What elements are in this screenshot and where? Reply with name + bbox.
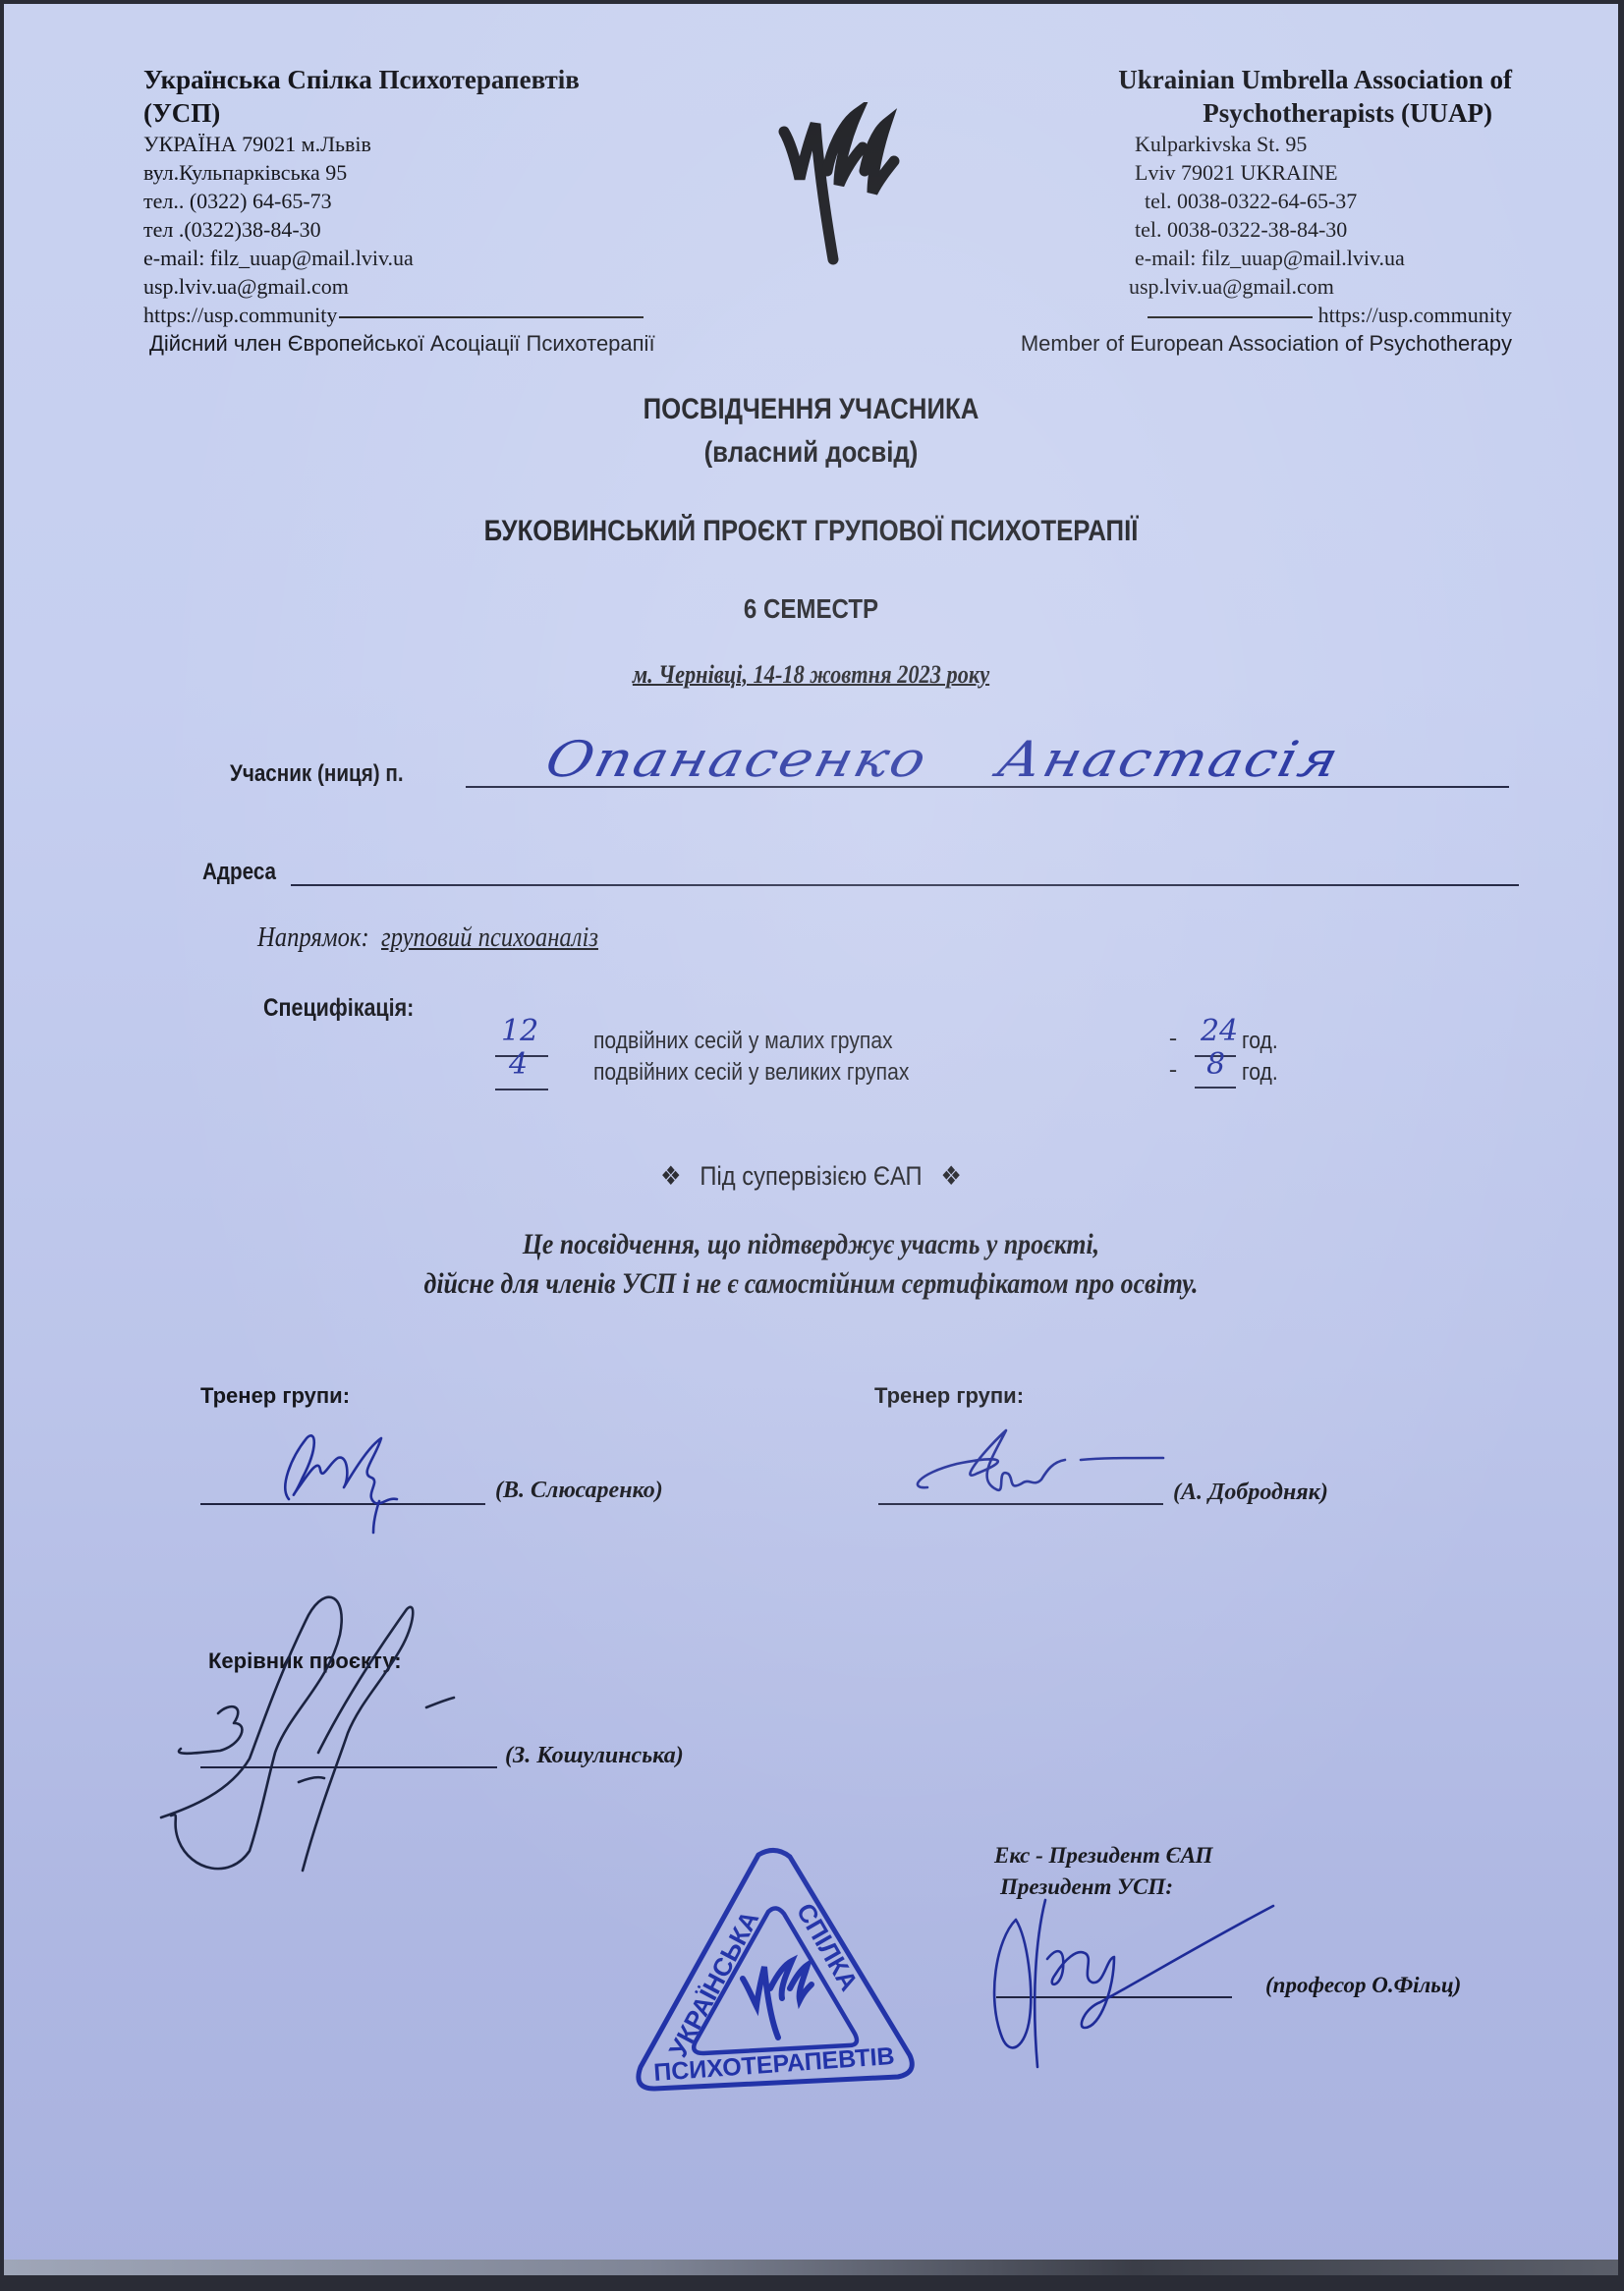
president-signature-icon <box>986 1880 1291 2077</box>
spec-count: 12 <box>501 1014 538 1048</box>
document-title: ПОСВІДЧЕННЯ УЧАСНИКА <box>117 393 1505 426</box>
email-2-en: usp.lviv.ua@gmail.com <box>1129 272 1512 301</box>
ornament-icon: ❖ <box>941 1161 962 1191</box>
spec-hours: 24 <box>1201 1014 1238 1048</box>
address-line-1: УКРАЇНА 79021 м.Львів <box>143 130 655 158</box>
email-2: usp.lviv.ua@gmail.com <box>143 272 655 301</box>
address-label: Адреса <box>202 859 276 886</box>
participant-label: Учасник (ниця) п. <box>230 760 404 788</box>
org-abbr-en: Psychotherapists (UUAP) <box>923 96 1492 130</box>
trainer-1-label: Тренер групи: <box>200 1383 350 1409</box>
project-lead-name: (З. Кошулинська) <box>505 1743 684 1769</box>
participant-surname: Опанасенко <box>540 731 934 788</box>
organization-stamp-icon: УКРАЇНСЬКА СПІЛКА ПСИХОТЕРАПЕВТІВ <box>633 1841 918 2096</box>
phone-2: тел .(0322)38-84-30 <box>143 215 655 244</box>
org-abbr-uk: (УСП) <box>143 96 655 130</box>
divider <box>1148 316 1313 318</box>
spec-hours: 8 <box>1206 1047 1225 1082</box>
specification-table: 12 подвійних сесій у малих групах - 24 г… <box>495 1022 1320 1100</box>
spec-text: подвійних сесій у великих групах <box>593 1059 909 1087</box>
address-line-2-en: Lviv 79021 UKRAINE <box>1135 158 1512 187</box>
certificate-page: Українська Спілка Психотерапевтів (УСП) … <box>4 4 1618 2275</box>
direction-value: груповий психоаналіз <box>381 922 598 953</box>
spec-hours-underline <box>1195 1087 1236 1089</box>
project-lead-signature-icon <box>151 1576 485 1890</box>
spec-unit: год. <box>1242 1059 1278 1087</box>
website-row-en: https://usp.community <box>923 301 1512 329</box>
trainer-2-signature-icon <box>898 1419 1173 1507</box>
participant-given-name: Анастасія <box>992 731 1346 788</box>
spec-dash: - <box>1169 1057 1177 1084</box>
direction-label: Напрямок: <box>257 922 369 953</box>
spec-row: 12 подвійних сесій у малих групах - 24 г… <box>495 1022 1320 1055</box>
spec-text: подвійних сесій у малих групах <box>593 1028 893 1055</box>
spec-count: 4 <box>509 1047 528 1082</box>
note-line-1: Це посвідчення, що підтверджує участь у … <box>117 1228 1505 1261</box>
document-subtitle: (власний досвід) <box>117 436 1505 470</box>
website: https://usp.community <box>143 303 337 327</box>
president-label-line-1: Екс - Президент ЄАП <box>994 1843 1212 1869</box>
membership-uk: Дійсний член Європейської Асоціації Псих… <box>149 329 655 358</box>
email-1: e-mail: filz_uuap@mail.lviv.ua <box>143 244 655 272</box>
address-line-2: вул.Кульпарківська 95 <box>143 158 655 187</box>
website-row: https://usp.community <box>143 301 655 329</box>
address-underline <box>291 884 1519 886</box>
divider <box>339 316 644 318</box>
direction-row: Напрямок:груповий психоаналіз <box>257 922 598 954</box>
trainer-2-name: (А. Добродняк) <box>1173 1480 1328 1506</box>
spec-count-underline <box>495 1089 548 1090</box>
trainer-1-signature-icon <box>259 1419 417 1537</box>
spec-dash: - <box>1169 1026 1177 1052</box>
website-en: https://usp.community <box>1318 303 1512 327</box>
president-name: (професор О.Фільц) <box>1265 1973 1461 1998</box>
specification-label: Специфікація: <box>263 994 414 1023</box>
phone-1-en: tel. 0038-0322-64-65-37 <box>1145 187 1512 215</box>
header-right-english: Ukrainian Umbrella Association of Psycho… <box>923 63 1512 358</box>
note-line-2: дійсне для членів УСП і не є самостійним… <box>117 1267 1505 1301</box>
phone-1: тел.. (0322) 64-65-73 <box>143 187 655 215</box>
supervision-text: Під супервізією ЄАП <box>700 1161 922 1191</box>
header-left-ukrainian: Українська Спілка Психотерапевтів (УСП) … <box>143 63 655 358</box>
trainer-1-name: (В. Слюсаренко) <box>495 1478 663 1504</box>
spec-unit: год. <box>1242 1028 1278 1055</box>
photo-background-edge <box>4 2260 1618 2275</box>
usp-monogram-logo-icon <box>770 102 908 269</box>
membership-en: Member of European Association of Psycho… <box>923 329 1512 358</box>
supervision-line: ❖ Під супервізією ЄАП ❖ <box>101 1161 1522 1192</box>
spec-row: 4 подвійних сесій у великих групах - 8 г… <box>495 1053 1320 1087</box>
org-name-uk: Українська Спілка Психотерапевтів <box>143 63 655 96</box>
phone-2-en: tel. 0038-0322-38-84-30 <box>1135 215 1512 244</box>
trainer-2-label: Тренер групи: <box>874 1383 1024 1409</box>
address-line-1-en: Kulparkivska St. 95 <box>1135 130 1512 158</box>
email-1-en: e-mail: filz_uuap@mail.lviv.ua <box>1135 244 1512 272</box>
org-name-en: Ukrainian Umbrella Association of <box>923 63 1512 96</box>
semester: 6 СЕМЕСТР <box>117 593 1505 625</box>
ornament-icon: ❖ <box>660 1161 681 1191</box>
project-title: БУКОВИНСЬКИЙ ПРОЄКТ ГРУПОВОЇ ПСИХОТЕРАПІ… <box>117 515 1505 548</box>
place-date: м. Чернівці, 14-18 жовтня 2023 року <box>117 660 1505 690</box>
stamp-text-left: УКРАЇНСЬКА <box>663 1906 765 2062</box>
